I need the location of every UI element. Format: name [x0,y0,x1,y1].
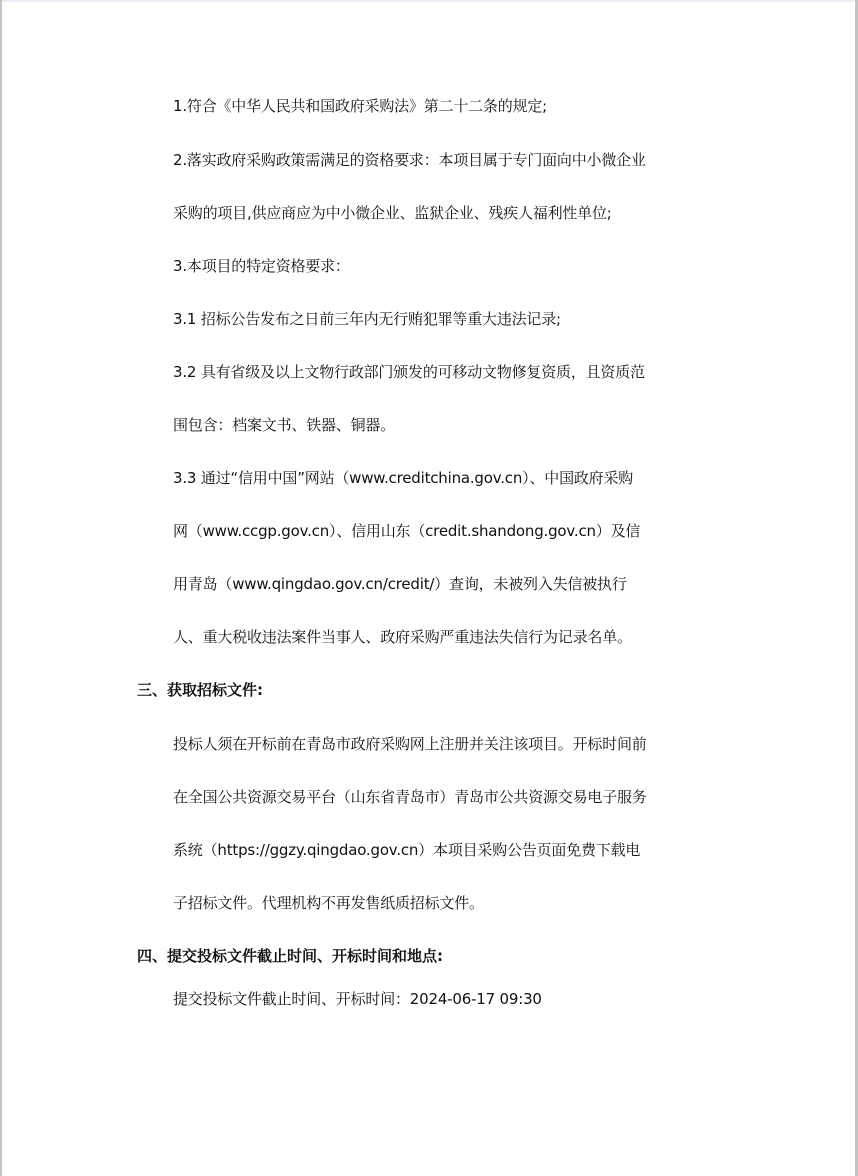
requirement-3: 3.本项目的特定资格要求： [173,256,350,276]
section-3-line-3: 系统（https://ggzy.qingdao.gov.cn）本项目采购公告页面… [173,840,640,860]
requirement-3-2-cont: 围包含：档案文书、铁器、铜器。 [173,415,395,435]
requirement-3-1: 3.1 招标公告发布之日前三年内无行贿犯罪等重大违法记录; [173,309,561,329]
section-4-line-1: 提交投标文件截止时间、开标时间：2024-06-17 09:30 [173,989,542,1009]
section-3-line-1: 投标人须在开标前在青岛市政府采购网上注册并关注该项目。开标时间前 [173,734,647,754]
requirement-2-cont: 采购的项目,供应商应为中小微企业、监狱企业、残疾人福利性单位; [173,203,612,223]
section-3-line-4: 子招标文件。代理机构不再发售纸质招标文件。 [173,893,484,913]
requirement-1: 1.符合《中华人民共和国政府采购法》第二十二条的规定; [173,96,547,116]
requirement-3-3-cont-1: 网（www.ccgp.gov.cn）、信用山东（credit.shandong.… [173,521,640,541]
page-top-edge [0,0,858,2]
section-3-line-2: 在全国公共资源交易平台（山东省青岛市）青岛市公共资源交易电子服务 [173,787,647,807]
section-3-heading: 三、获取招标文件: [137,680,263,700]
section-4-heading: 四、提交投标文件截止时间、开标时间和地点: [137,946,443,966]
requirement-2: 2.落实政府采购政策需满足的资格要求：本项目属于专门面向中小微企业 [173,150,646,170]
requirement-3-2: 3.2 具有省级及以上文物行政部门颁发的可移动文物修复资质，且资质范 [173,362,645,382]
requirement-3-3-cont-3: 人、重大税收违法案件当事人、政府采购严重违法失信行为记录名单。 [173,627,632,647]
page-border-left [0,0,2,1176]
requirement-3-3-cont-2: 用青岛（www.qingdao.gov.cn/credit/）查询，未被列入失信… [173,574,627,594]
requirement-3-3: 3.3 通过“信用中国”网站（www.creditchina.gov.cn）、中… [173,468,633,488]
